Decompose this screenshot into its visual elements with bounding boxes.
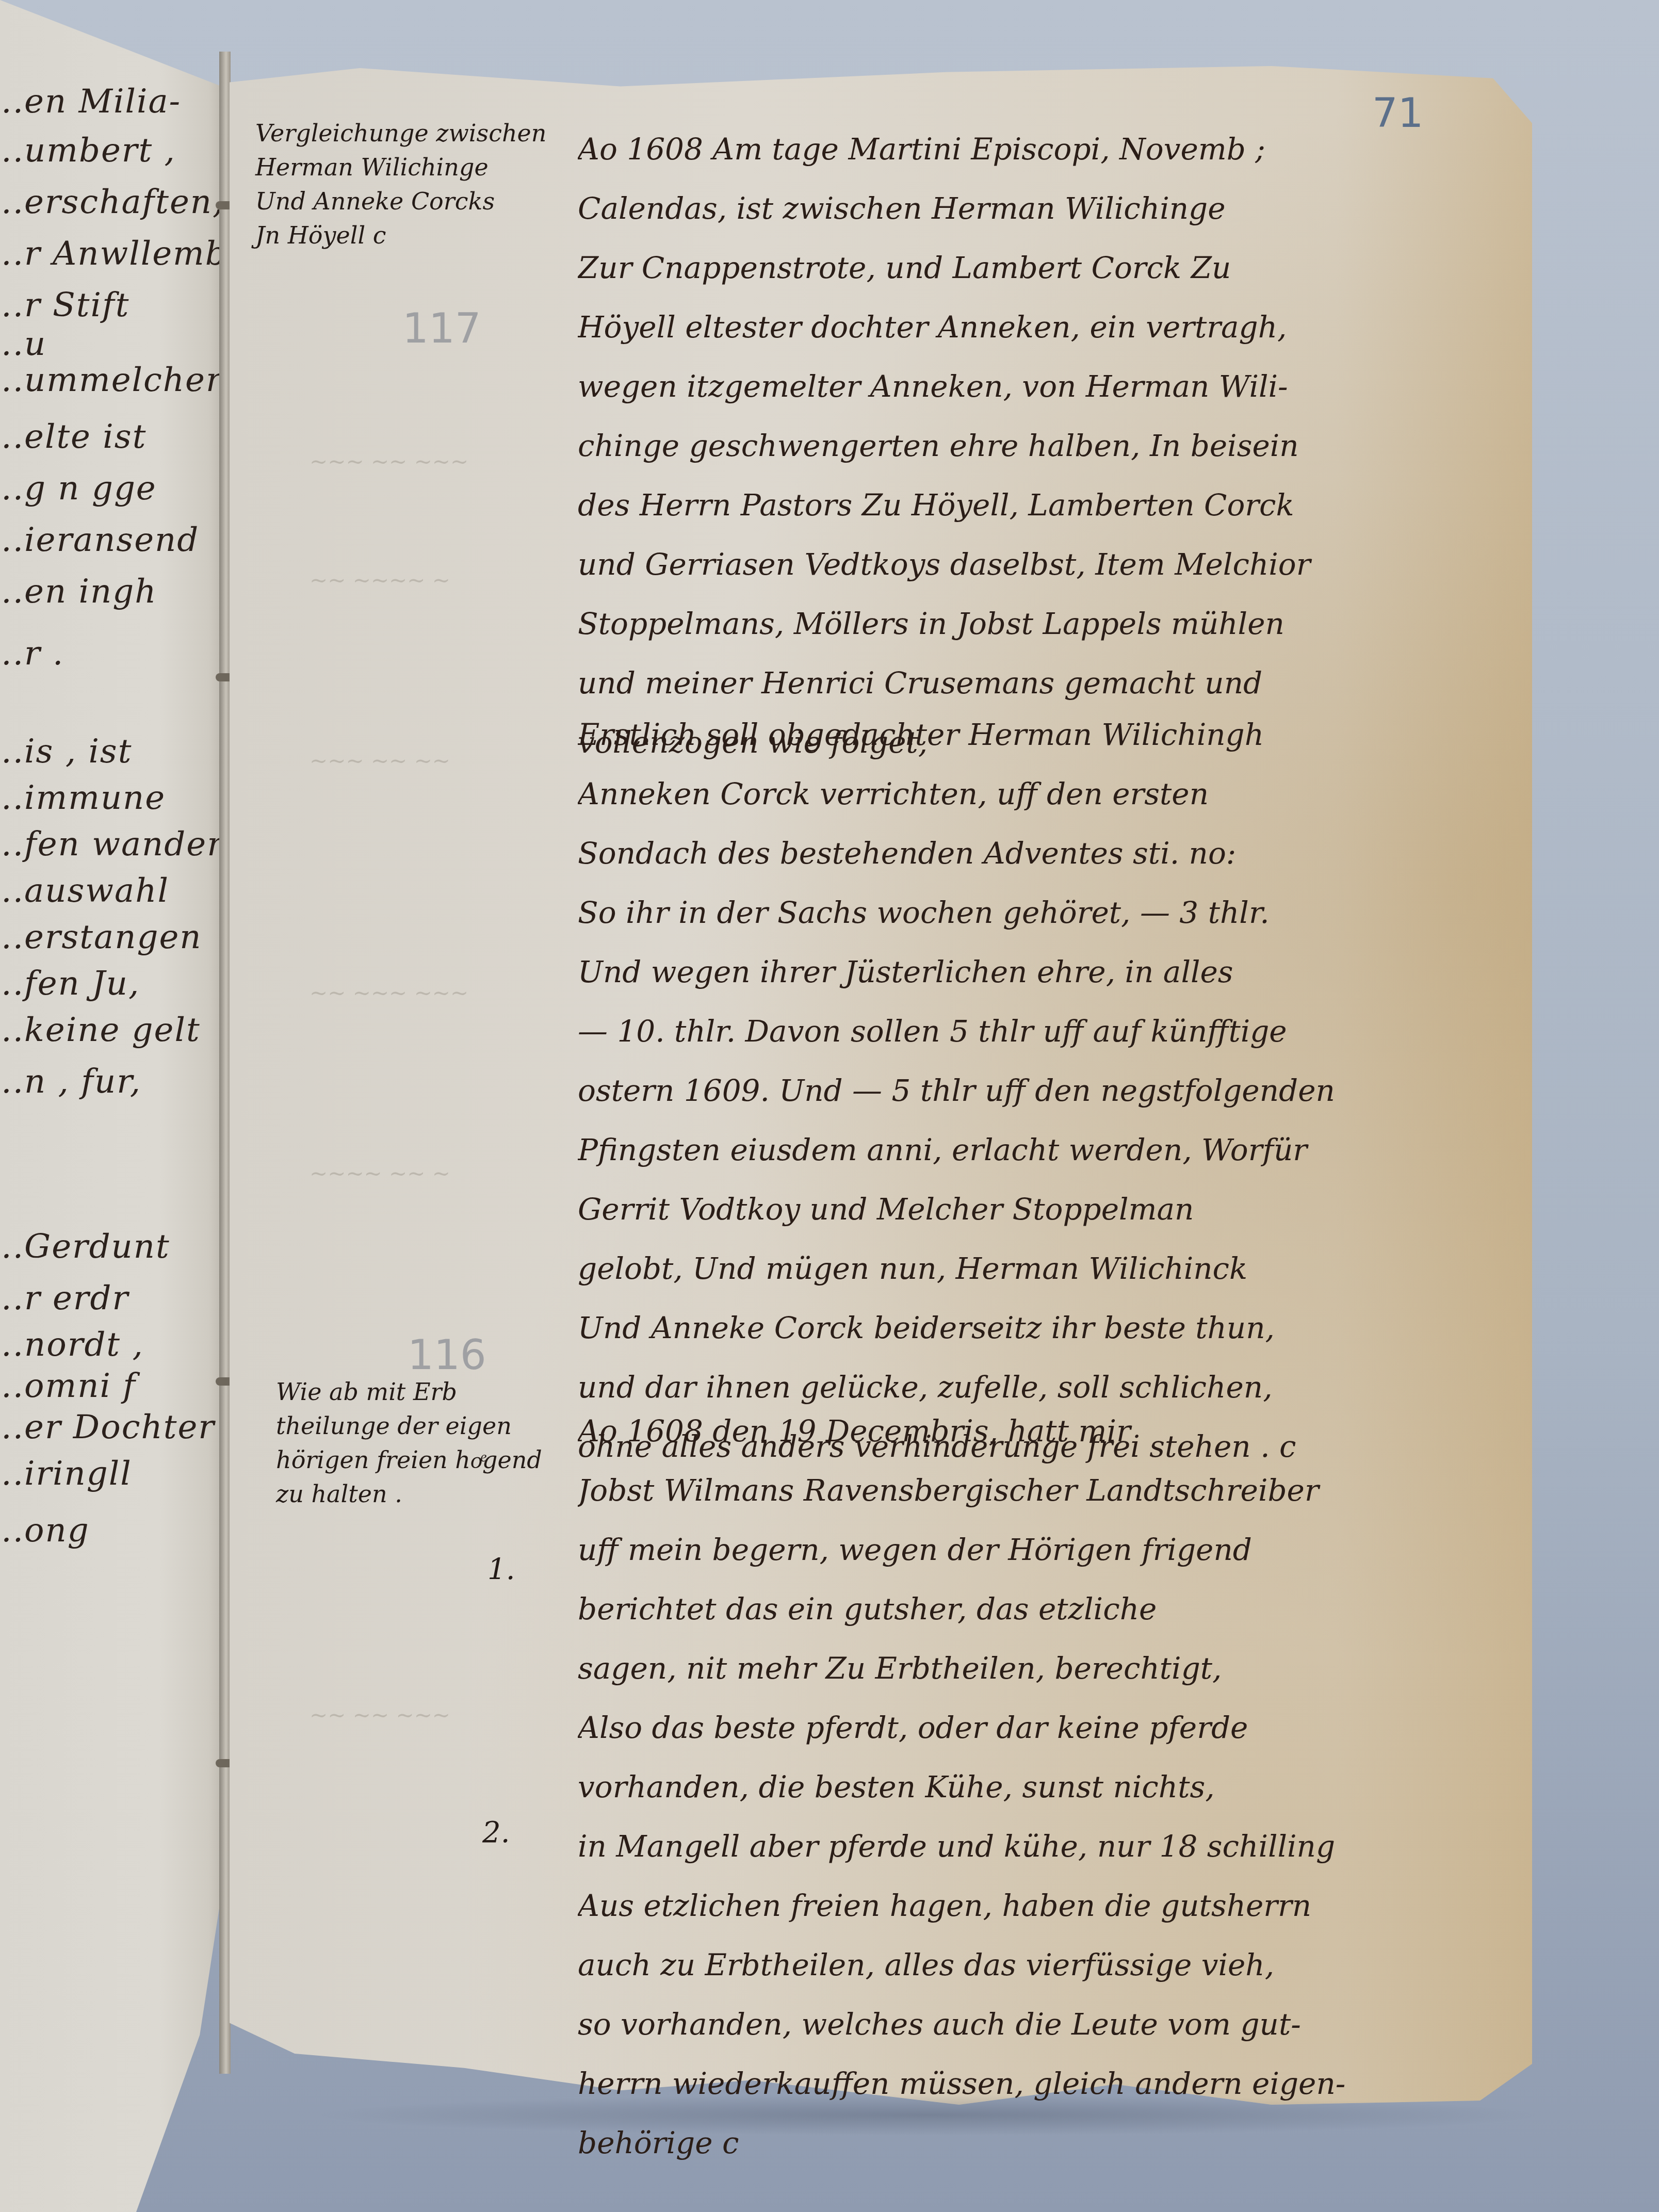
left-page-line: ...nordt ,	[0, 1326, 144, 1364]
left-page: ...en Milia- ...umbert , ...erschaften, …	[0, 0, 227, 2212]
text-line: behörige c	[578, 2125, 1522, 2185]
bleed-through-text: ~~ ~~ ~~~	[310, 1702, 567, 1728]
text-line: wegen itzgemelter Anneken, von Herman Wi…	[578, 369, 1522, 428]
left-page-line: ...Gerdunt	[0, 1228, 170, 1266]
text-line: berichtet das ein gutsher, das etzliche	[578, 1591, 1522, 1651]
text-line: Aus etzlichen freien hagen, haben die gu…	[578, 1888, 1522, 1947]
left-page-line: ...en Milia-	[0, 83, 181, 121]
text-line: und Gerriasen Vedtkoys daselbst, Item Me…	[578, 547, 1522, 606]
book-gutter	[219, 52, 231, 2074]
text-line: Und Anneke Corck beiderseitz ihr beste t…	[578, 1310, 1522, 1370]
left-page-line: ...omni f	[0, 1367, 136, 1405]
left-page-line: ...r Stift	[0, 286, 129, 324]
text-line: Also das beste pferdt, oder dar keine pf…	[578, 1710, 1522, 1769]
bleed-through-text: ~~ ~~~ ~~~	[310, 980, 567, 1005]
left-page-line: ...en ingh	[0, 573, 157, 611]
left-page-line: ...immune	[0, 779, 166, 817]
margin-note-line: zu halten .	[276, 1477, 542, 1511]
left-page-line: ...er Dochter	[0, 1408, 215, 1446]
text-line: vorhanden, die besten Kühe, sunst nichts…	[578, 1769, 1522, 1829]
margin-note-line: Und Anneke Corcks	[255, 184, 546, 218]
text-line: gelobt, Und mügen nun, Herman Wilichinck	[578, 1251, 1522, 1310]
left-page-line: ...n , fur,	[0, 1063, 141, 1101]
pencil-number: 116	[408, 1331, 486, 1379]
margin-note-line: Wie ab mit Erb	[276, 1375, 542, 1409]
entry-1: Ao 1608 Am tage Martini Episcopi, Novemb…	[578, 132, 1522, 784]
bleed-through-text: ~~~~ ~~ ~	[310, 1161, 567, 1186]
left-page-line: ...is , ist	[0, 733, 132, 771]
left-page-line: ...umbert ,	[0, 132, 176, 170]
text-line: herrn wiederkauffen müssen, gleich ander…	[578, 2066, 1522, 2125]
text-line: Höyell eltester dochter Anneken, ein ver…	[578, 310, 1522, 369]
text-line: Ao 1608 den 19 Decembris, hatt mir	[578, 1413, 1522, 1473]
margin-note-line: hörigen freien hoͤgend	[276, 1443, 542, 1477]
text-line: sagen, nit mehr Zu Erbtheilen, berechtig…	[578, 1651, 1522, 1710]
margin-note-line: Vergleichunge zwischen	[255, 116, 546, 150]
folio-number: 71	[1372, 90, 1423, 137]
text-line: Anneken Corck verrichten, uff den ersten	[578, 776, 1522, 836]
margin-note-2: Wie ab mit Erb theilunge der eigen hörig…	[276, 1375, 542, 1511]
text-line: ostern 1609. Und — 5 thlr uff den negstf…	[578, 1073, 1522, 1132]
left-page-line: ...auswahl	[0, 872, 169, 910]
text-line: chinge geschwengerten ehre halben, In be…	[578, 428, 1522, 487]
margin-note-line: theilunge der eigen	[276, 1409, 542, 1443]
text-line: Sondach des bestehenden Adventes sti. no…	[578, 836, 1522, 895]
margin-mark: 1.	[487, 1553, 515, 1586]
text-line: Erstlich soll obgedachter Herman Wilichi…	[578, 717, 1522, 776]
left-page-line: ...ummelcher	[0, 361, 223, 399]
entry-1-terms: Erstlich soll obgedachter Herman Wilichi…	[578, 717, 1522, 1488]
bleed-through-text: ~~~ ~~ ~~~	[310, 449, 567, 474]
left-page-line: ...ong	[0, 1511, 90, 1550]
text-line: Ao 1608 Am tage Martini Episcopi, Novemb…	[578, 132, 1522, 191]
text-line: uff mein begern, wegen der Hörigen frige…	[578, 1532, 1522, 1591]
left-page-line: ...erstangen	[0, 918, 202, 956]
text-line: Zur Cnappenstrote, und Lambert Corck Zu	[578, 250, 1522, 310]
text-line: Gerrit Vodtkoy und Melcher Stoppelman	[578, 1192, 1522, 1251]
left-page-line: ...keine gelt	[0, 1011, 201, 1049]
text-line: auch zu Erbtheilen, alles das vierfüssig…	[578, 1947, 1522, 2007]
text-line: Calendas, ist zwischen Herman Wilichinge	[578, 191, 1522, 250]
text-line: in Mangell aber pferde und kühe, nur 18 …	[578, 1829, 1522, 1888]
bleed-through-text: ~~ ~~~~ ~	[310, 567, 567, 593]
left-page-line: ...r .	[0, 635, 64, 673]
left-page-line: ...g n gge	[0, 469, 157, 508]
pencil-number: 117	[402, 304, 481, 352]
text-line: So ihr in der Sachs wochen gehöret, — 3 …	[578, 895, 1522, 954]
text-line: des Herrn Pastors Zu Höyell, Lamberten C…	[578, 487, 1522, 547]
left-page-line: ...fen Ju,	[0, 965, 140, 1003]
text-line: und meiner Henrici Crusemans gemacht und	[578, 665, 1522, 725]
margin-note-line: Jn Höyell c	[255, 218, 546, 252]
left-page-line: ...fen wanden	[0, 825, 229, 864]
text-line: Und wegen ihrer Jüsterlichen ehre, in al…	[578, 954, 1522, 1014]
entry-2: Ao 1608 den 19 Decembris, hatt mir Jobst…	[578, 1413, 1522, 2185]
bleed-through-text: ~~~ ~~ ~~	[310, 748, 567, 773]
text-line: — 10. thlr. Davon sollen 5 thlr uff auf …	[578, 1014, 1522, 1073]
margin-note-line: Herman Wilichinge	[255, 150, 546, 184]
text-line: so vorhanden, welches auch die Leute vom…	[578, 2007, 1522, 2066]
left-page-line: ...r erdr	[0, 1279, 129, 1318]
margin-mark: 2.	[482, 1816, 510, 1849]
left-page-line: ...erschaften,	[0, 183, 224, 221]
left-page-line: ...u	[0, 325, 46, 363]
text-line: Pfingsten eiusdem anni, erlacht werden, …	[578, 1132, 1522, 1192]
left-page-line: ...iringll	[0, 1455, 132, 1493]
text-line: Jobst Wilmans Ravensbergischer Landtschr…	[578, 1473, 1522, 1532]
left-page-line: ...ieransend	[0, 521, 199, 559]
left-page-line: ...elte ist	[0, 418, 147, 456]
text-line: Stoppelmans, Möllers in Jobst Lappels mü…	[578, 606, 1522, 665]
margin-note-1: Vergleichunge zwischen Herman Wilichinge…	[255, 116, 546, 252]
